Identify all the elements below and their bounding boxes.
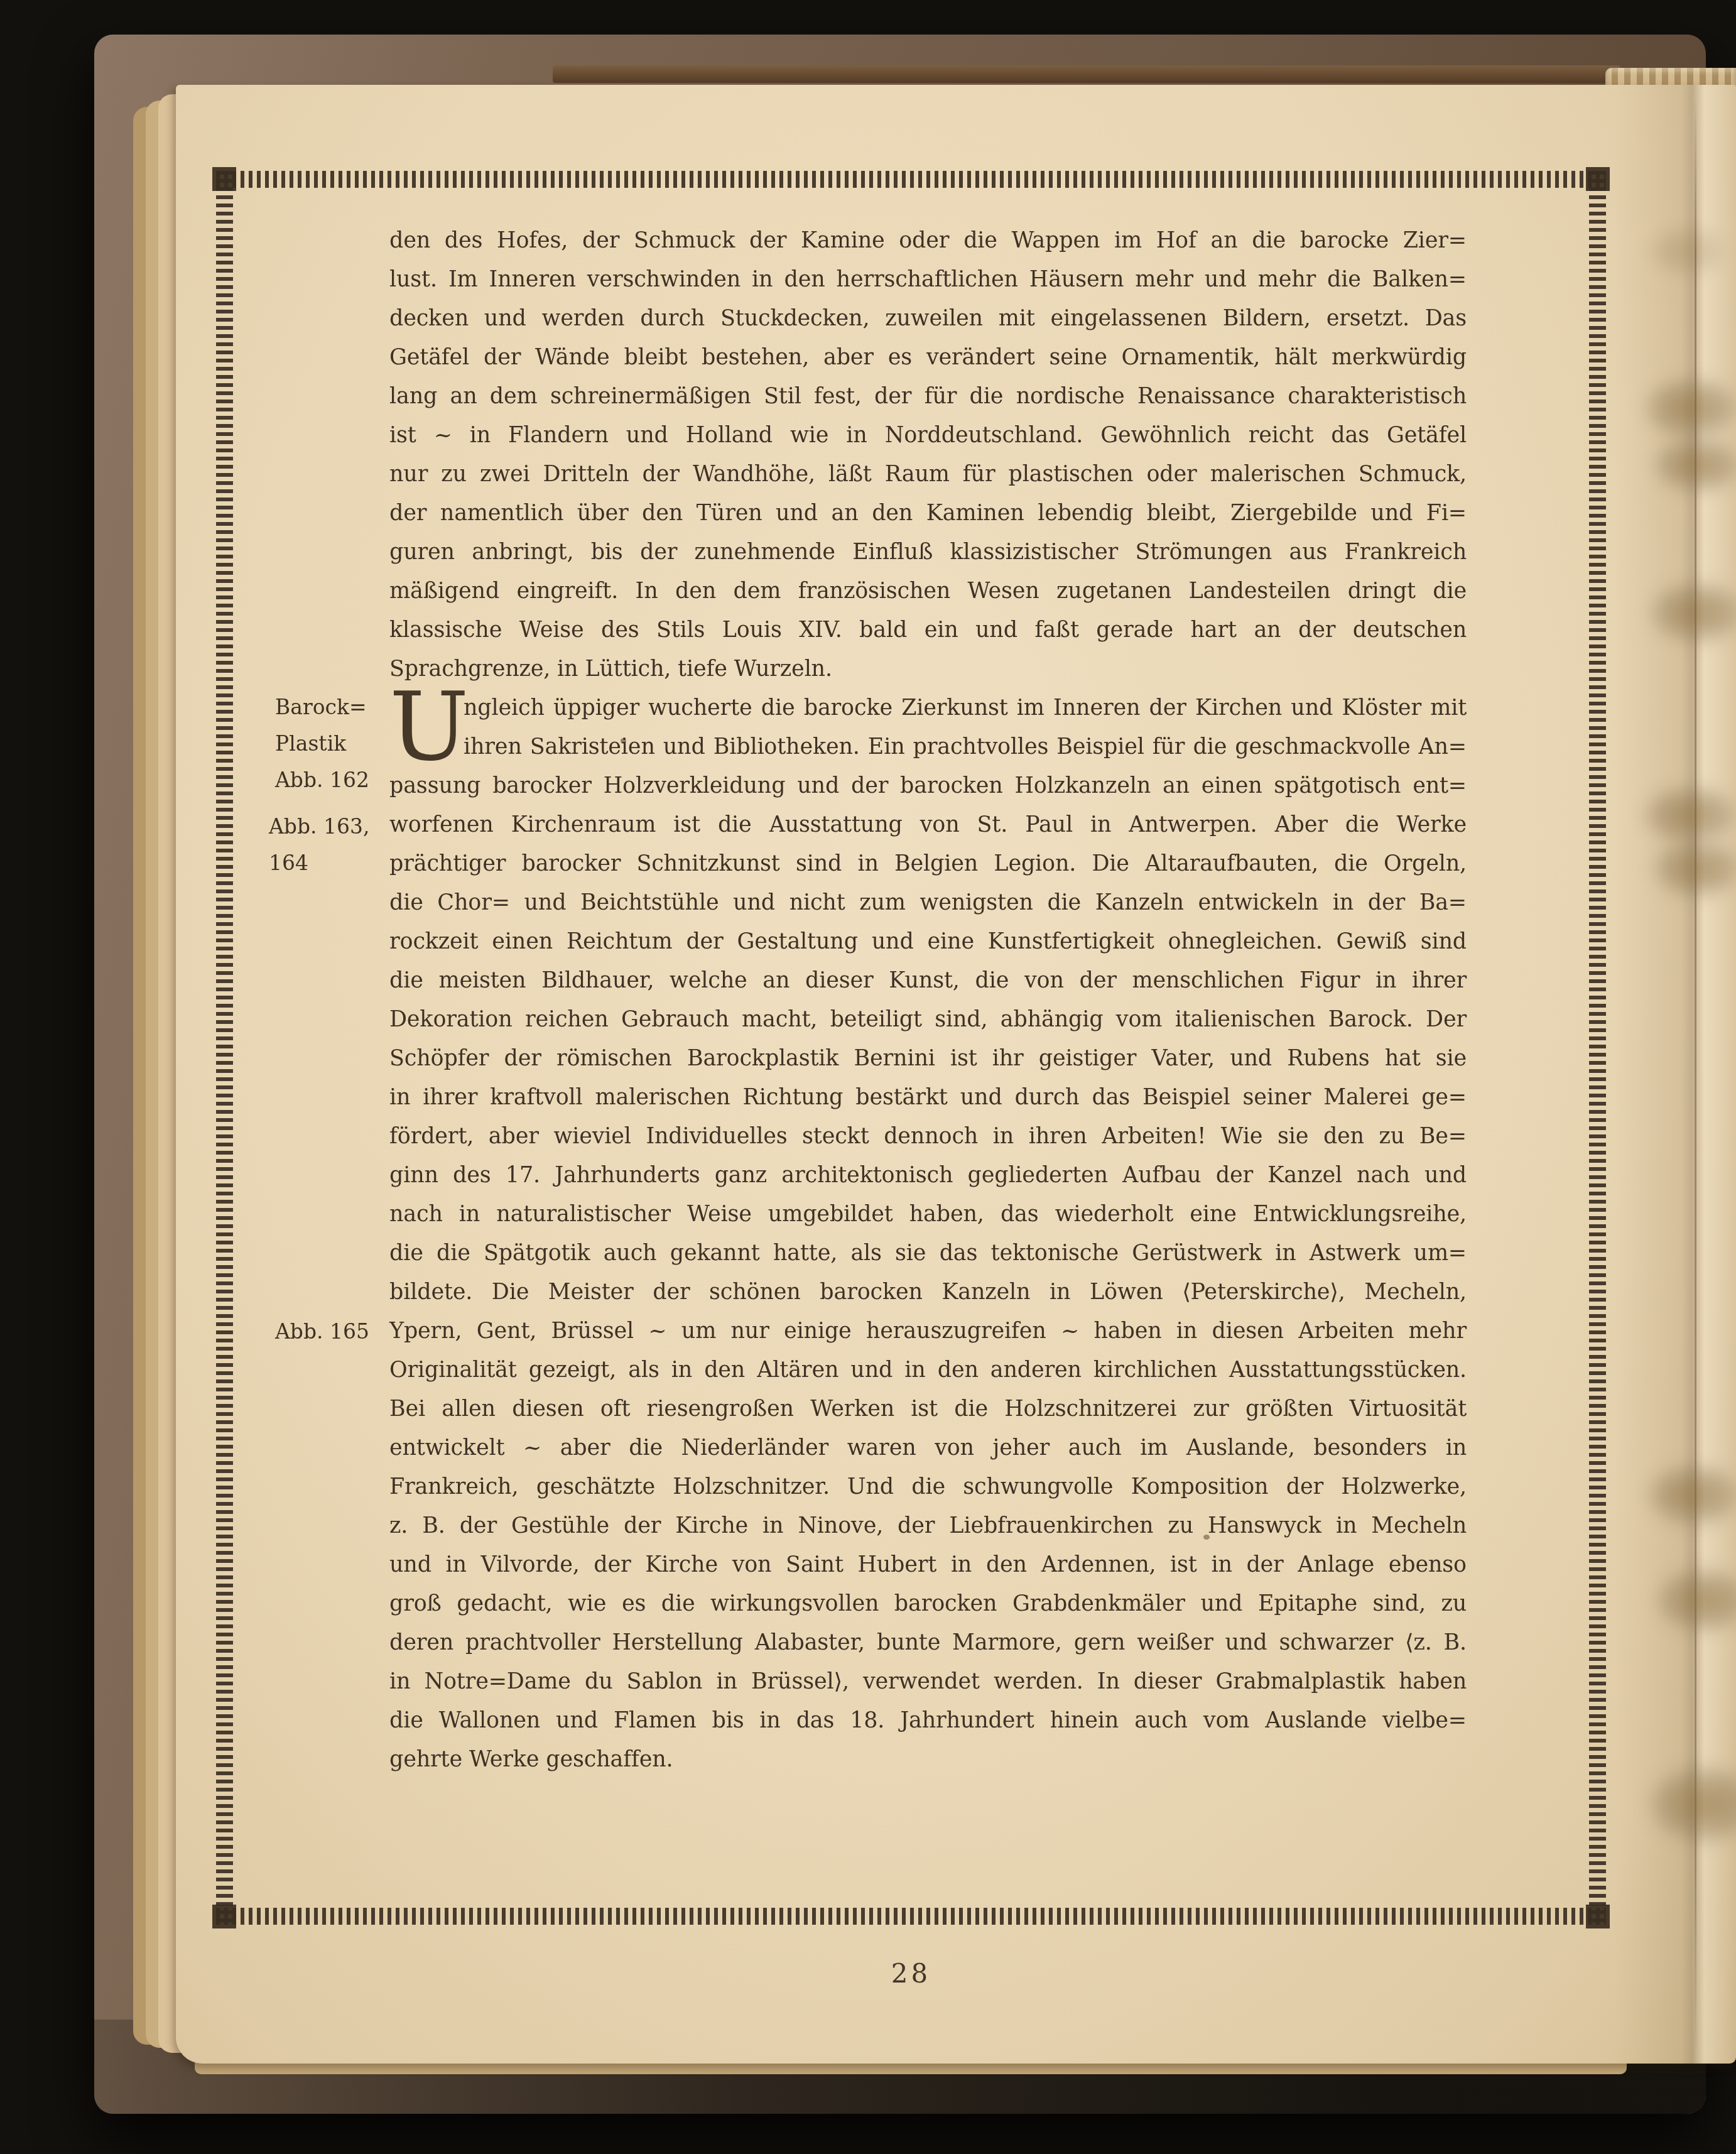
text-line: Schöpfer der römischen Barockplastik Ber…: [389, 1039, 1467, 1078]
text-line: in Notre=Dame du Sablon in Brüssel⟩, ver…: [389, 1662, 1467, 1701]
text-line: ist ~ in Flandern und Holland wie in Nor…: [389, 416, 1467, 455]
text-line: prächtiger barocker Schnitzkunst sind in…: [389, 844, 1467, 883]
border-strip-top: [216, 171, 1606, 188]
text-column: den des Hofes, der Schmuck der Kamine od…: [389, 221, 1467, 1779]
border-corner: [212, 167, 236, 191]
text-line: Originalität gezeigt, als in den Altären…: [389, 1351, 1467, 1390]
text-line: guren anbringt, bis der zunehmende Einfl…: [389, 533, 1467, 572]
border-corner: [1586, 1905, 1610, 1928]
text-line: Ypern, Gent, Brüssel ~ um nur einige her…: [389, 1312, 1467, 1351]
paragraph: den des Hofes, der Schmuck der Kamine od…: [389, 221, 1467, 688]
border-corner: [212, 1905, 236, 1928]
text-line: den des Hofes, der Schmuck der Kamine od…: [389, 221, 1467, 260]
border-strip-right: [1589, 171, 1606, 1925]
margin-note: Abb. 163, 164: [269, 808, 413, 881]
text-line: die die Spätgotik auch gekannt hatte, al…: [389, 1234, 1467, 1273]
margin-note-line: Abb. 162: [275, 762, 404, 798]
text-line: lust. Im Inneren verschwinden in den her…: [389, 260, 1467, 299]
margin-note-line: Abb. 165: [275, 1314, 404, 1350]
text-line: bildete. Die Meister der schönen barocke…: [389, 1273, 1467, 1312]
foxing-stain: [1647, 1464, 1736, 1526]
text-line: gehrte Werke geschaffen.: [389, 1740, 1467, 1779]
border-strip-bottom: [216, 1908, 1606, 1925]
decorative-border-frame: den des Hofes, der Schmuck der Kamine od…: [216, 171, 1606, 1925]
text-line: groß gedacht, wie es die wirkungsvollen …: [389, 1584, 1467, 1623]
text-line: die Chor= und Beichtstühle und nicht zum…: [389, 883, 1467, 922]
text-line: Frankreich, geschätzte Holzschnitzer. Un…: [389, 1467, 1467, 1506]
text-line: Getäfel der Wände bleibt bestehen, aber …: [389, 338, 1467, 377]
border-corner: [1586, 167, 1610, 191]
text-line: decken und werden durch Stuckdecken, zuw…: [389, 299, 1467, 338]
margin-note-line: Plastik: [275, 726, 404, 762]
margin-note: Barock=PlastikAbb. 162: [275, 689, 404, 798]
foxing-stain: [1653, 839, 1736, 898]
cover-top-edge: [553, 65, 1620, 83]
book-photo: { "page": { "number": "28", "margin_note…: [0, 0, 1736, 2154]
margin-note-line: Barock=: [275, 689, 404, 726]
text-line: ngleich üppiger wucherte die barocke Zie…: [389, 688, 1467, 727]
text-line: Bei allen diesen oft riesengroßen Werken…: [389, 1390, 1467, 1428]
text-line: klassische Weise des Stils Louis XIV. ba…: [389, 611, 1467, 650]
page-number: 28: [216, 1958, 1606, 1989]
text-line: mäßigend eingreift. In den dem französis…: [389, 572, 1467, 611]
foxing-stain: [1649, 226, 1724, 276]
margin-note-line: Abb. 163, 164: [269, 808, 413, 881]
foxing-stain: [1644, 377, 1736, 440]
text-line: Sprachgrenze, in Lüttich, tiefe Wurzeln.: [389, 650, 1467, 688]
text-line: nach in naturalistischer Weise umgebilde…: [389, 1195, 1467, 1234]
text-line: rockzeit einen Reichtum der Gestaltung u…: [389, 922, 1467, 961]
text-line: die meisten Bildhauer, welche an dieser …: [389, 961, 1467, 1000]
border-strip-left: [216, 171, 233, 1925]
text-line: fördert, aber wieviel Individuelles stec…: [389, 1117, 1467, 1156]
text-line: ginn des 17. Jahrhunderts ganz architekt…: [389, 1156, 1467, 1195]
text-line: z. B. der Gestühle der Kirche in Ninove,…: [389, 1506, 1467, 1545]
text-line: die Wallonen und Flamen bis in das 18. J…: [389, 1701, 1467, 1740]
text-line: entwickelt ~ aber die Niederländer waren…: [389, 1428, 1467, 1467]
text-line: deren prachtvoller Herstellung Alabaster…: [389, 1623, 1467, 1662]
text-line: Dekoration reichen Gebrauch macht, betei…: [389, 1000, 1467, 1039]
text-line: und in Vilvorde, der Kirche von Saint Hu…: [389, 1545, 1467, 1584]
foxing-stain: [1643, 785, 1736, 845]
margin-note: Abb. 165: [275, 1314, 404, 1350]
text-line: passung barocker Holzverkleidung und der…: [389, 766, 1467, 805]
text-line: worfenen Kirchenraum ist die Ausstattung…: [389, 805, 1467, 844]
page-sheet: den des Hofes, der Schmuck der Kamine od…: [176, 85, 1736, 2064]
foxing-stain: [1649, 581, 1736, 644]
text-line: nur zu zwei Dritteln der Wandhöhe, läßt …: [389, 455, 1467, 494]
text-line: lang an dem schreinermäßigen Stil fest, …: [389, 377, 1467, 416]
text-line: in ihrer kraftvoll malerischen Richtung …: [389, 1078, 1467, 1117]
paragraph: Ungleich üppiger wucherte die barocke Zi…: [389, 688, 1467, 1779]
foxing-stain: [1653, 437, 1736, 493]
text-line: der namentlich über den Türen und an den…: [389, 494, 1467, 533]
text-line: ihren Sakristeien und Bibliotheken. Ein …: [389, 727, 1467, 766]
